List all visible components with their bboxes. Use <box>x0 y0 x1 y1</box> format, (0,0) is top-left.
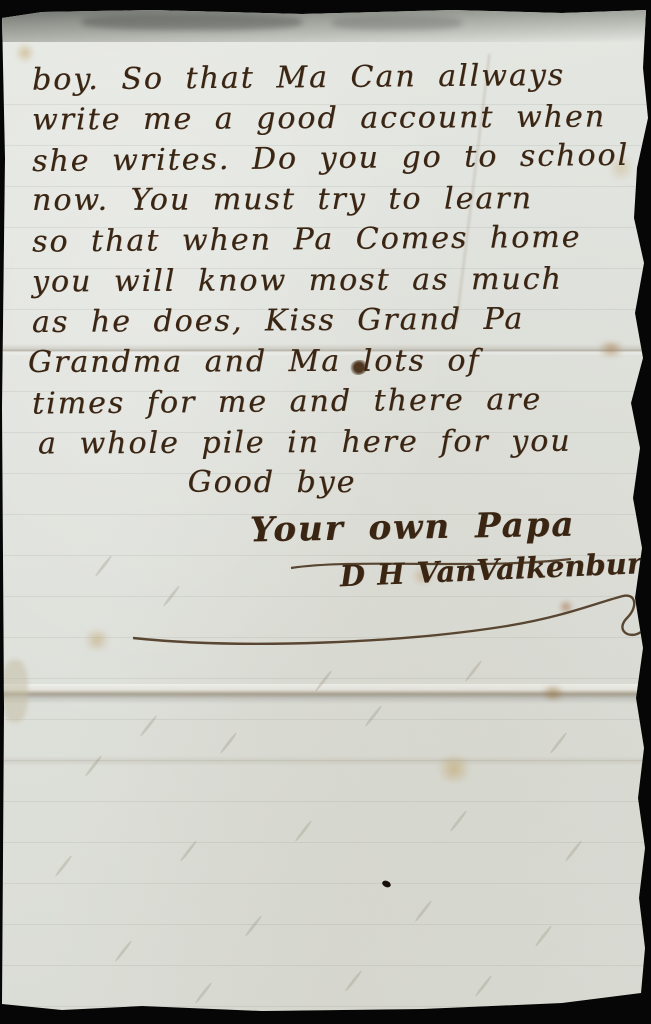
stain <box>538 686 568 700</box>
signature-underline-flourish <box>127 588 647 652</box>
left-edge-wear <box>2 660 28 722</box>
letter-line: times for me and there are <box>32 381 632 427</box>
top-edge-smudge <box>332 16 462 30</box>
top-edge-smudge <box>82 14 302 30</box>
stain <box>82 630 112 650</box>
letter-line: as he does, Kiss Grand Pa <box>32 301 632 346</box>
letter-line: she writes. Do you go to school <box>32 138 632 185</box>
letter-closing: Good bye <box>32 465 632 507</box>
stain <box>434 756 474 782</box>
letter-line: boy. So that Ma Can allways <box>32 57 632 103</box>
letter-line: so that when Pa Comes home <box>32 219 632 265</box>
letter-paper: boy. So that Ma Can allways write me a g… <box>2 8 648 1014</box>
letter-line: write me a good account when <box>32 99 632 143</box>
letter-line: Grandma and Ma lots of <box>28 342 632 385</box>
letter-line: you will know most as much <box>32 261 632 305</box>
letter-body: boy. So that Ma Can allways write me a g… <box>32 60 632 601</box>
valediction-underline-flourish <box>287 554 577 572</box>
letter-line: now. You must try to learn <box>32 180 632 223</box>
scanned-letter-page: boy. So that Ma Can allways write me a g… <box>0 0 651 1024</box>
letter-line: a whole pile in here for you <box>38 423 632 467</box>
